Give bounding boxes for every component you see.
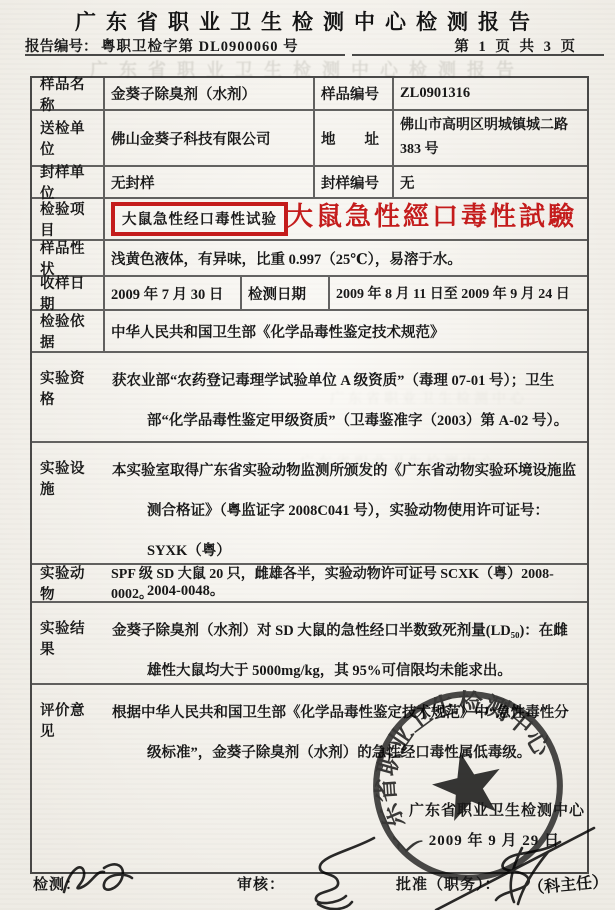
tester-signature	[64, 867, 104, 892]
reviewer-signature	[316, 838, 374, 903]
approver-flourish	[436, 828, 594, 910]
handwritten-signatures	[0, 0, 615, 910]
tester-signature	[104, 864, 132, 889]
scanned-report-page: 广东省职业卫生检测中心检测报告 广东省职业卫生检测中心 广东省职业卫生检测中心 …	[0, 0, 615, 910]
